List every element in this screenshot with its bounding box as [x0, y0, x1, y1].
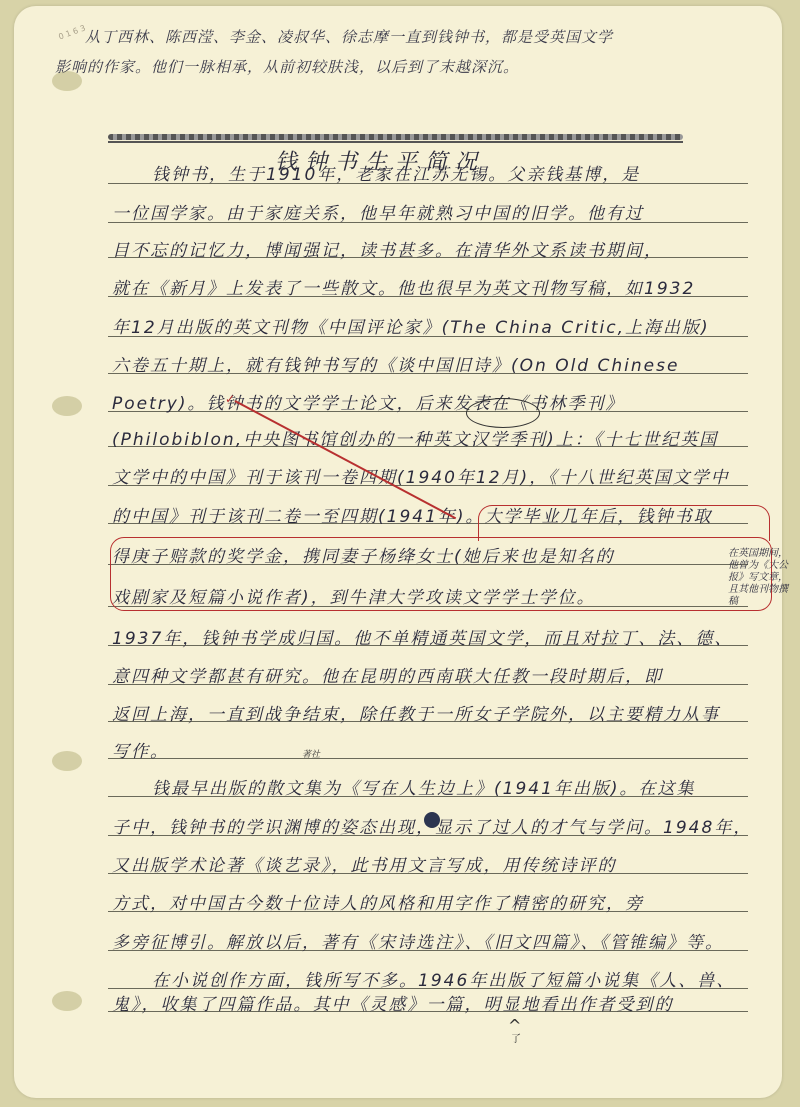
- text-line: 鬼》，收集了四篇作品。其中《灵感》一篇，明显地看出作者受到的: [112, 990, 752, 1015]
- text-line: 1937年，钱钟书学成归国。他不单精通英国文学，而且对拉丁、法、德、: [112, 624, 752, 649]
- text-line: 六卷五十期上，就有钱钟书写的《谈中国旧诗》(On Old Chinese: [112, 351, 752, 376]
- text-line: 钱最早出版的散文集为《写在人生边上》(1941年出版)。在这集: [112, 774, 792, 799]
- text-line: 写作。: [112, 737, 752, 762]
- binder-hole: [52, 396, 82, 416]
- text-line: 多旁征博引。解放以后，著有《宋诗选注》、《旧文四篇》、《管锥编》等。: [112, 928, 752, 953]
- text-line: 意四种文学都甚有研究。他在昆明的西南联大任教一段时期后，即: [112, 662, 752, 687]
- text-line: 就在《新月》上发表了一些散文。他也很早为英文刊物写稿，如1932: [112, 274, 752, 299]
- binder-hole: [52, 991, 82, 1011]
- text-line: 方式，对中国古今数十位诗人的风格和用字作了精密的研究，旁: [112, 889, 752, 914]
- decorative-rule: [108, 141, 683, 143]
- text-line: 一位国学家。由于家庭关系，他早年就熟习中国的旧学。他有过: [112, 199, 752, 224]
- red-bracket-top: [478, 505, 770, 541]
- text-line: 钱钟书，生于1910年，老家在江苏无锡。父亲钱基博，是: [112, 160, 792, 185]
- top-note-line-1: 从丁西林、陈西滢、李金、凌叔华、徐志摩一直到钱钟书，都是受英国文学: [55, 22, 735, 52]
- decorative-wavy-rule: [108, 134, 683, 140]
- text-line: 在小说创作方面，钱所写不多。1946年出版了短篇小说集《人、兽、: [112, 966, 792, 991]
- circled-insertion: [466, 398, 540, 428]
- text-line: 文学中的中国》刊于该刊一卷四期(1940年12月)，《十八世纪英国文学中: [112, 463, 752, 488]
- text-line: 返回上海，一直到战争结束，除任教于一所女子学院外，以主要精力从事: [112, 700, 752, 725]
- margin-side-note: 在英国期间，他曾为《大公报》写文章，且其他刊物撰稿: [728, 548, 790, 608]
- caret-insert-text: 了: [511, 1030, 521, 1045]
- text-line: 年12月出版的英文刊物《中国评论家》(The China Critic,上海出版…: [112, 313, 752, 338]
- interlinear-insert: 著社: [302, 747, 320, 760]
- binder-hole: [52, 751, 82, 771]
- text-line: (Philobiblon,中央图书馆创办的一种英文汉学季刊)上：《十七世纪英国: [112, 425, 752, 450]
- text-line: Poetry)。钱钟书的文学学士论文，后来发表在《书林季刊》: [112, 389, 752, 414]
- ink-blot: [424, 812, 440, 828]
- top-handwritten-note: 从丁西林、陈西滢、李金、凌叔华、徐志摩一直到钱钟书，都是受英国文学 影响的作家。…: [55, 22, 735, 82]
- top-note-line-2: 影响的作家。他们一脉相承，从前初较肤浅，以后到了末越深沉。: [55, 52, 735, 82]
- text-line: 目不忘的记忆力，博闻强记，读书甚多。在清华外文系读书期间，: [112, 236, 752, 261]
- red-bracket-box: [110, 537, 772, 611]
- red-check-mark: ✓: [225, 392, 235, 406]
- text-line: 又出版学术论著《谈艺录》，此书用文言写成，用传统诗评的: [112, 851, 752, 876]
